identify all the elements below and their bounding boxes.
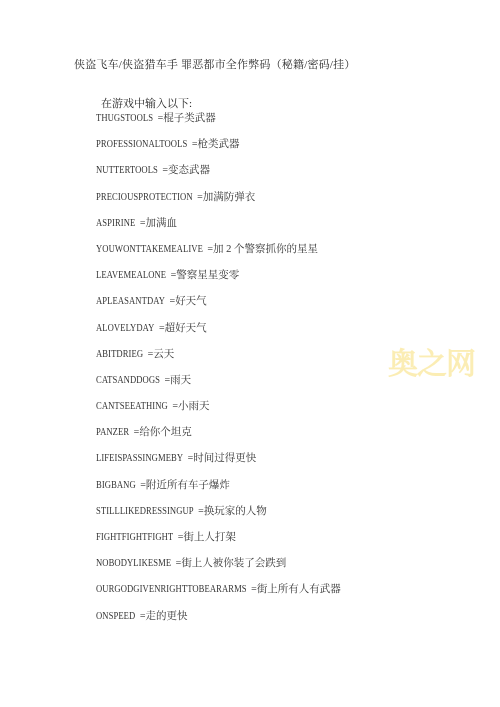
cheat-code: ALOVELYDAY — [96, 322, 154, 336]
cheat-code: OURGODGIVENRIGHTTOBEARARMS — [96, 583, 247, 597]
cheat-code: LIFEISPASSINGMEBY — [96, 452, 183, 466]
document-page: 侠盗飞车/侠盗猎车手 罪恶都市全作弊码（秘籍/密码/挂） 在游戏中输入以下: T… — [0, 0, 500, 707]
cheat-code: ASPIRINE — [96, 217, 135, 231]
cheat-effect: 街上所有人有武器 — [257, 584, 341, 595]
cheat-effect: 走的更快 — [145, 611, 187, 622]
cheat-item: ONSPEED =走的更快 — [96, 610, 341, 636]
cheat-effect: 时间过得更快 — [193, 453, 256, 464]
cheat-effect: 云天 — [153, 349, 174, 360]
separator: = — [205, 244, 213, 255]
cheat-item: ASPIRINE =加满血 — [96, 217, 341, 243]
cheat-item: BIGBANG =附近所有车子爆炸 — [96, 479, 341, 505]
cheat-code: APLEASANTDAY — [96, 295, 165, 309]
cheat-code: ABITDRIEG — [96, 348, 143, 362]
cheat-item: THUGSTOOLS =棍子类武器 — [96, 112, 341, 138]
cheat-item: YOUWONTTAKEMEALIVE =加 2 个警察抓你的星星 — [96, 243, 341, 269]
separator: = — [137, 218, 145, 229]
cheat-item: CANTSEEATHING =小雨天 — [96, 400, 341, 426]
cheat-item: LIFEISPASSINGMEBY =时间过得更快 — [96, 452, 341, 478]
cheat-code: YOUWONTTAKEMEALIVE — [96, 243, 203, 257]
cheat-effect: 街上人被你装了会跌到 — [181, 558, 286, 569]
cheat-item: NOBODYLIKESME =街上人被你装了会跌到 — [96, 557, 341, 583]
cheat-code: PROFESSIONALTOOLS — [96, 138, 187, 152]
cheat-code: NOBODYLIKESME — [96, 557, 171, 571]
cheat-code: ONSPEED — [96, 610, 135, 624]
cheat-item: OURGODGIVENRIGHTTOBEARARMS =街上所有人有武器 — [96, 583, 341, 609]
cheat-code: FIGHTFIGHTFIGHT — [96, 531, 173, 545]
cheat-code: NUTTERTOOLS — [96, 164, 158, 178]
cheat-effect: 街上人打架 — [183, 532, 236, 543]
cheat-effect: 加满血 — [146, 218, 178, 229]
cheat-effect: 变态武器 — [168, 165, 210, 176]
cheat-effect: 附近所有车子爆炸 — [146, 480, 230, 491]
cheat-item: NUTTERTOOLS =变态武器 — [96, 164, 341, 190]
cheat-effect: 加满防弹衣 — [203, 192, 256, 203]
cheat-item: APLEASANTDAY =好天气 — [96, 295, 341, 321]
cheat-effect: 棍子类武器 — [163, 113, 216, 124]
separator: = — [155, 113, 163, 124]
separator: = — [156, 323, 164, 334]
cheat-code: PANZER — [96, 426, 129, 440]
separator: = — [170, 401, 178, 412]
cheat-code: CANTSEEATHING — [96, 400, 168, 414]
cheat-item: CATSANDDOGS =雨天 — [96, 374, 341, 400]
separator: = — [195, 192, 203, 203]
cheat-code: STILLLIKEDRESSINGUP — [96, 505, 194, 519]
cheat-effect: 小雨天 — [178, 401, 210, 412]
cheat-effect: 枪类武器 — [197, 139, 239, 150]
cheat-code-list: THUGSTOOLS =棍子类武器 PROFESSIONALTOOLS =枪类武… — [96, 112, 341, 636]
cheat-effect: 给你个坦克 — [139, 427, 192, 438]
cheat-item: ALOVELYDAY =超好天气 — [96, 322, 341, 348]
document-title: 侠盗飞车/侠盗猎车手 罪恶都市全作弊码（秘籍/密码/挂） — [74, 58, 356, 72]
cheat-item: STILLLIKEDRESSINGUP =换玩家的人物 — [96, 505, 341, 531]
cheat-code: CATSANDDOGS — [96, 374, 160, 388]
cheat-effect: 警察星星变零 — [176, 270, 239, 281]
cheat-effect: 好天气 — [175, 296, 207, 307]
cheat-item: PRECIOUSPROTECTION =加满防弹衣 — [96, 191, 341, 217]
cheat-item: LEAVEMEALONE =警察星星变零 — [96, 269, 341, 295]
cheat-effect: 加 2 个警察抓你的星星 — [213, 244, 318, 255]
cheat-code: THUGSTOOLS — [96, 112, 153, 126]
cheat-effect: 雨天 — [170, 375, 191, 386]
cheat-code: BIGBANG — [96, 479, 136, 493]
cheat-item: PANZER =给你个坦克 — [96, 426, 341, 452]
watermark-logo: 奥之网 — [388, 347, 475, 383]
separator: = — [160, 165, 168, 176]
separator: = — [167, 296, 175, 307]
separator: = — [249, 584, 257, 595]
cheat-item: PROFESSIONALTOOLS =枪类武器 — [96, 138, 341, 164]
separator: = — [196, 506, 204, 517]
cheat-code: PRECIOUSPROTECTION — [96, 191, 193, 205]
cheat-code: LEAVEMEALONE — [96, 269, 166, 283]
cheat-item: FIGHTFIGHTFIGHT =街上人打架 — [96, 531, 341, 557]
cheat-effect: 换玩家的人物 — [204, 506, 267, 517]
cheat-item: ABITDRIEG =云天 — [96, 348, 341, 374]
separator: = — [162, 375, 170, 386]
intro-text: 在游戏中输入以下: — [101, 97, 192, 111]
separator: = — [138, 480, 146, 491]
cheat-effect: 超好天气 — [165, 323, 207, 334]
